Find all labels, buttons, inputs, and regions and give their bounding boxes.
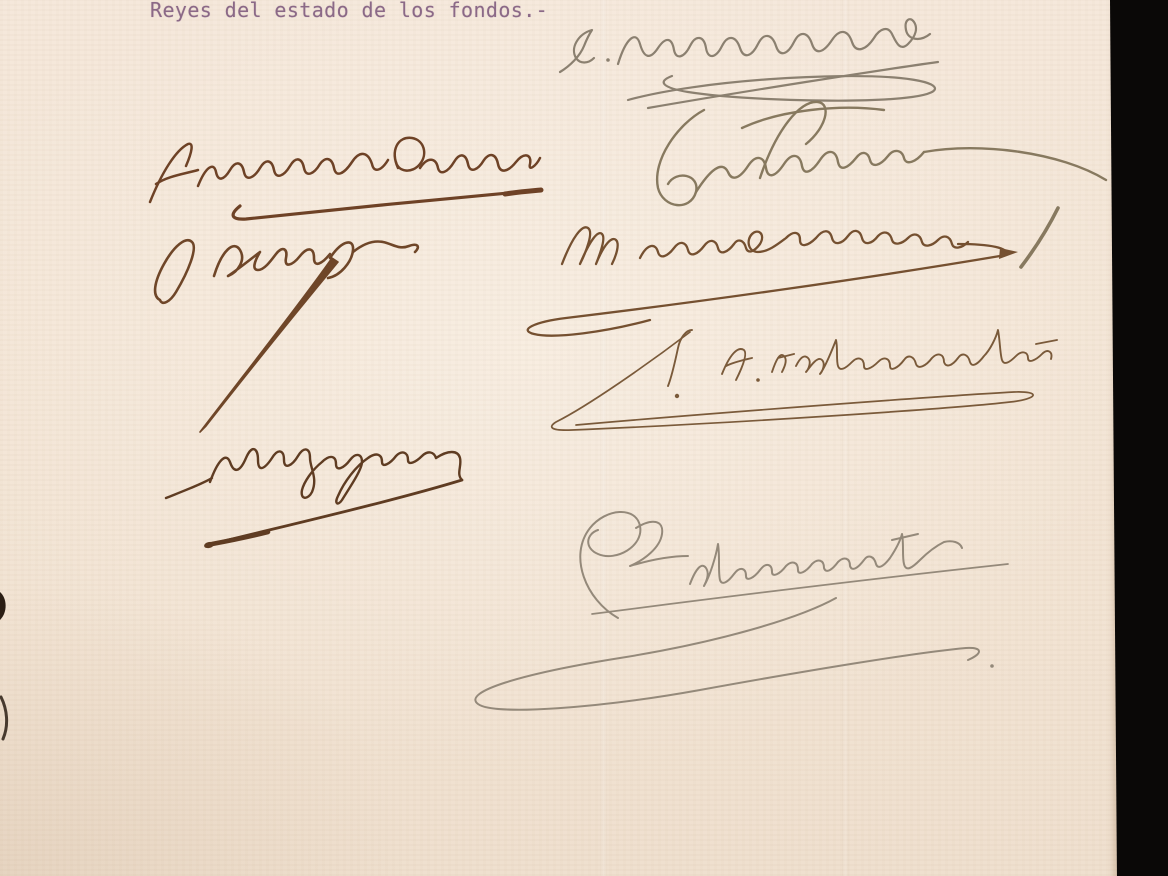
left-edge-ink-marks <box>0 592 7 739</box>
scanner-black-strip <box>1110 0 1168 876</box>
signature-ja-titulado <box>552 330 1057 430</box>
signature-j-reyes <box>155 240 418 432</box>
left-edge-mark-bottom <box>1 697 7 739</box>
signature-m-lsajara <box>166 449 462 549</box>
signature-wm-geo-buchanan <box>528 227 1018 335</box>
signature-c-vargasblask <box>560 19 938 108</box>
signature-a-rivera-gallo <box>150 138 541 219</box>
document-page: Reyes del estado de los fondos.- <box>0 0 1168 876</box>
left-edge-mark-top <box>0 592 6 620</box>
signature-v-guldemont <box>475 512 1008 710</box>
signature-illegible-cursive <box>657 102 1106 267</box>
